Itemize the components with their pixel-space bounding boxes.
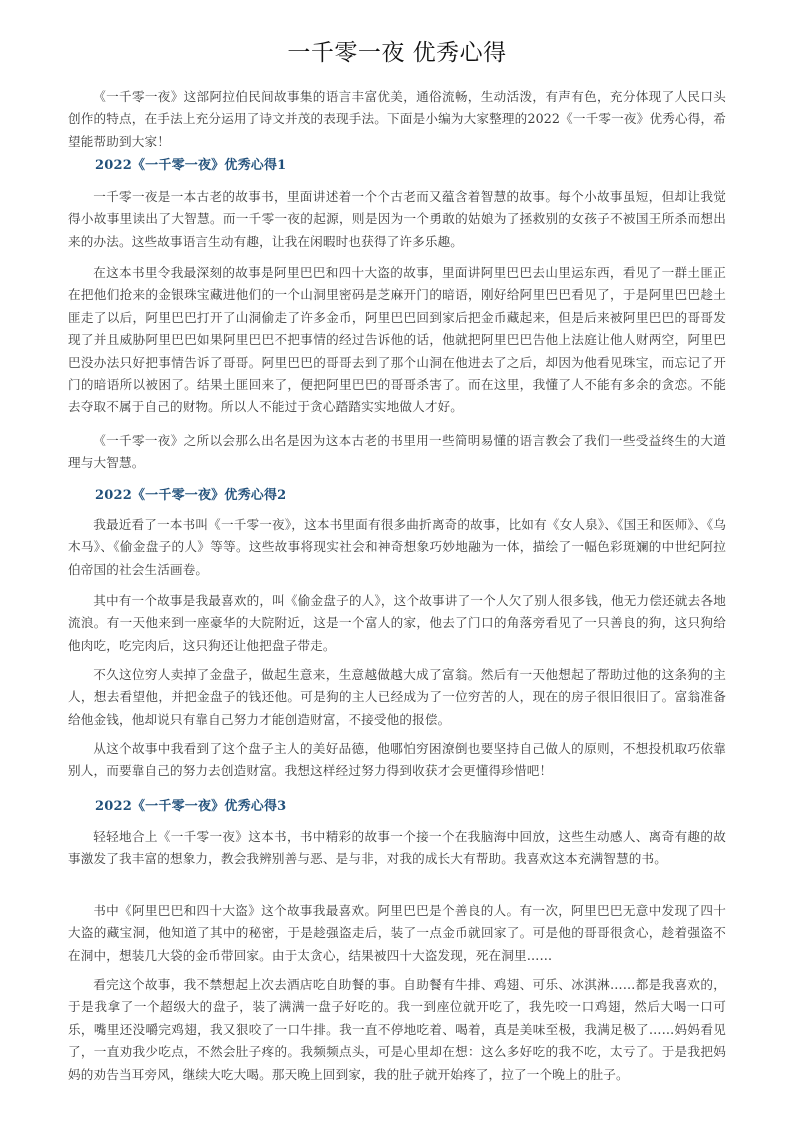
section-3-paragraph-2-block: 书中《阿里巴巴和四十大盗》这个故事我最喜欢。阿里巴巴是个善良的人。有一次，阿里巴… (68, 900, 726, 967)
section-heading-3: 2022《一千零一夜》优秀心得3 (95, 795, 286, 814)
section-1-paragraph-3-block: 《一千零一夜》之所以会那么出名是因为这本古老的书里用一些简明易懂的语言教会了我们… (68, 430, 726, 475)
body-paragraph: 看完这个故事，我不禁想起上次去酒店吃自助餐的事。自助餐有牛排、鸡翅、可乐、冰淇淋… (68, 974, 726, 1086)
body-paragraph: 书中《阿里巴巴和四十大盗》这个故事我最喜欢。阿里巴巴是个善良的人。有一次，阿里巴… (68, 900, 726, 967)
section-3-paragraph-3-block: 看完这个故事，我不禁想起上次去酒店吃自助餐的事。自助餐有牛排、鸡翅、可乐、冰淇淋… (68, 974, 726, 1086)
body-paragraph: 一千零一夜是一本古老的故事书，里面讲述着一个个古老而又蕴含着智慧的故事。每个小故… (68, 186, 726, 253)
page-title: 一千零一夜 优秀心得 (0, 34, 794, 67)
body-paragraph: 在这本书里令我最深刻的故事是阿里巴巴和四十大盗的故事，里面讲阿里巴巴去山里运东西… (68, 262, 726, 419)
intro-block: 《一千零一夜》这部阿拉伯民间故事集的语言丰富优美，通俗流畅，生动活泼，有声有色，… (68, 86, 726, 153)
body-paragraph: 从这个故事中我看到了这个盘子主人的美好品德，他哪怕穷困潦倒也要坚持自己做人的原则… (68, 738, 726, 783)
section-heading-2: 2022《一千零一夜》优秀心得2 (95, 484, 286, 503)
body-paragraph: 我最近看了一本书叫《一千零一夜》，这本书里面有很多曲折离奇的故事，比如有《女人泉… (68, 514, 726, 581)
body-paragraph: 《一千零一夜》之所以会那么出名是因为这本古老的书里用一些简明易懂的语言教会了我们… (68, 430, 726, 475)
body-paragraph: 不久这位穷人卖掉了金盘子，做起生意来，生意越做越大成了富翁。然后有一天他想起了帮… (68, 664, 726, 731)
section-2-paragraph-2-block: 其中有一个故事是我最喜欢的，叫《偷金盘子的人》，这个故事讲了一个人欠了别人很多钱… (68, 590, 726, 657)
section-1-paragraph-2-block: 在这本书里令我最深刻的故事是阿里巴巴和四十大盗的故事，里面讲阿里巴巴去山里运东西… (68, 262, 726, 419)
document-page: 一千零一夜 优秀心得 《一千零一夜》这部阿拉伯民间故事集的语言丰富优美，通俗流畅… (0, 0, 794, 1123)
section-2-paragraph-1-block: 我最近看了一本书叫《一千零一夜》，这本书里面有很多曲折离奇的故事，比如有《女人泉… (68, 514, 726, 581)
section-2-paragraph-3-block: 不久这位穷人卖掉了金盘子，做起生意来，生意越做越大成了富翁。然后有一天他想起了帮… (68, 664, 726, 731)
section-heading-1: 2022《一千零一夜》优秀心得1 (95, 154, 286, 173)
section-3-paragraph-1-block: 轻轻地合上《一千零一夜》这本书，书中精彩的故事一个接一个在我脑海中回放，这些生动… (68, 826, 726, 871)
section-1-paragraph-1-block: 一千零一夜是一本古老的故事书，里面讲述着一个个古老而又蕴含着智慧的故事。每个小故… (68, 186, 726, 253)
section-2-paragraph-4-block: 从这个故事中我看到了这个盘子主人的美好品德，他哪怕穷困潦倒也要坚持自己做人的原则… (68, 738, 726, 783)
intro-paragraph: 《一千零一夜》这部阿拉伯民间故事集的语言丰富优美，通俗流畅，生动活泼，有声有色，… (68, 86, 726, 153)
body-paragraph: 轻轻地合上《一千零一夜》这本书，书中精彩的故事一个接一个在我脑海中回放，这些生动… (68, 826, 726, 871)
body-paragraph: 其中有一个故事是我最喜欢的，叫《偷金盘子的人》，这个故事讲了一个人欠了别人很多钱… (68, 590, 726, 657)
